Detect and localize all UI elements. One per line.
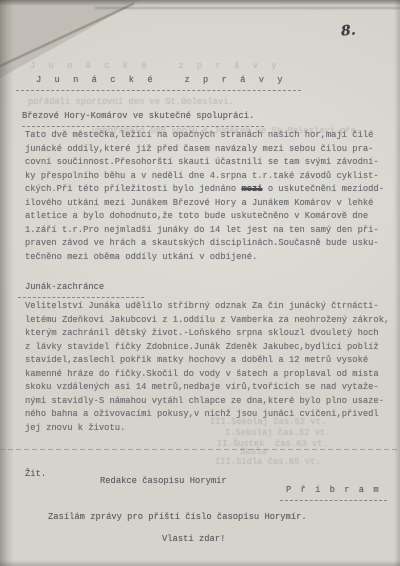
page-title: J u n á c k é z p r á v y: [16, 74, 301, 91]
article2-line: nými stavidly-S námahou vytáhl chlapce z…: [25, 395, 387, 409]
article1-line: praven závod ve hrách a skautských disci…: [25, 237, 387, 251]
handwritten-page-number: 8.: [340, 22, 356, 39]
top-crease-streak: [95, 7, 400, 9]
article1-line: ílového utkání mezi Junákem Březové Hory…: [25, 197, 387, 211]
scan-edge-shadow-right: [394, 0, 400, 566]
article2-line: kterým zachránil dětský život.-Loňského …: [25, 327, 387, 341]
article1-line: junácké oddíly,které již před časem navá…: [25, 143, 387, 157]
article1-line: covní součinnost.Přesohorští skauti účas…: [25, 156, 387, 170]
article2-line: skoku vzdálených asi 14 metrů,nedbaje ví…: [25, 381, 387, 395]
scan-edge-shadow-bottom: [0, 560, 400, 566]
scanned-document-page: 8. J u n á c k é z p r á v y pořádali sp…: [0, 0, 400, 566]
dashed-separator-line: [0, 449, 400, 450]
article1-line-with-strikeout: ckých.Při této příležitosti bylo jednáno…: [25, 183, 387, 197]
article1-line: tečněno mezi oběma oddíly utkání v odbíj…: [25, 251, 387, 265]
article1-line: 1.září t.r.Pro nejmladší junáky do 14 le…: [25, 224, 387, 238]
article2-line: stavidel,zaslechl pokřik matky hochovy a…: [25, 354, 387, 368]
article2-line: kamenné hráze do říčky.Skočil do vody v …: [25, 368, 387, 382]
closing-line: Zasílám zprávy pro příští číslo časopisu…: [48, 511, 307, 525]
signature-initials: Žit.: [25, 468, 46, 482]
salute-line: Vlasti zdar!: [162, 533, 225, 547]
article2-line: ného bahna a oživovacími pokusy,v nichž …: [25, 408, 387, 422]
article2-heading: Junák-zachránce: [18, 281, 144, 298]
ghost-line-1: pořádali sportovní den ve St.Boleslavi.: [28, 96, 234, 110]
article1-body: Tato dvě městečka,ležící na opačných str…: [25, 129, 387, 264]
article1-heading: Březové Hory-Komárov ve skutečné spolupr…: [22, 110, 264, 127]
article1-line5-pre: ckých.Při této příležitosti bylo jednáno: [25, 184, 241, 194]
article2-line: letému Zdeňkovi Jakubcovi z 1.oddílu z V…: [25, 314, 387, 328]
struck-out-word: mezi: [241, 184, 262, 194]
ghost-time-5: III.Sídla čas.65 vt.: [215, 456, 321, 470]
addressee-city: P ř í b r a m: [280, 484, 387, 501]
article2-line: jej znovu k životu.: [25, 422, 387, 436]
article1-line: atletice a bylo dohodnuto,že toto bude u…: [25, 210, 387, 224]
article1-line: ky přespolního běhu a v neděli dne 4.srp…: [25, 170, 387, 184]
article2-body: Velitelství Junáka udělilo stříbrný odzn…: [25, 300, 387, 435]
scan-edge-shadow-left: [0, 0, 14, 566]
article1-line: Tato dvě městečka,ležící na opačných str…: [25, 129, 387, 143]
article1-line5-post: o uskutečnění meziodd-: [263, 184, 384, 194]
article2-line: z lávky stavidel říčky Zdobnice.Junák Zd…: [25, 341, 387, 355]
ghost-title-echo: J u n á c k é z p r á v y: [30, 60, 281, 74]
article2-line: Velitelství Junáka udělilo stříbrný odzn…: [25, 300, 387, 314]
addressee-line: Redakce časopisu Horymír: [100, 475, 227, 489]
